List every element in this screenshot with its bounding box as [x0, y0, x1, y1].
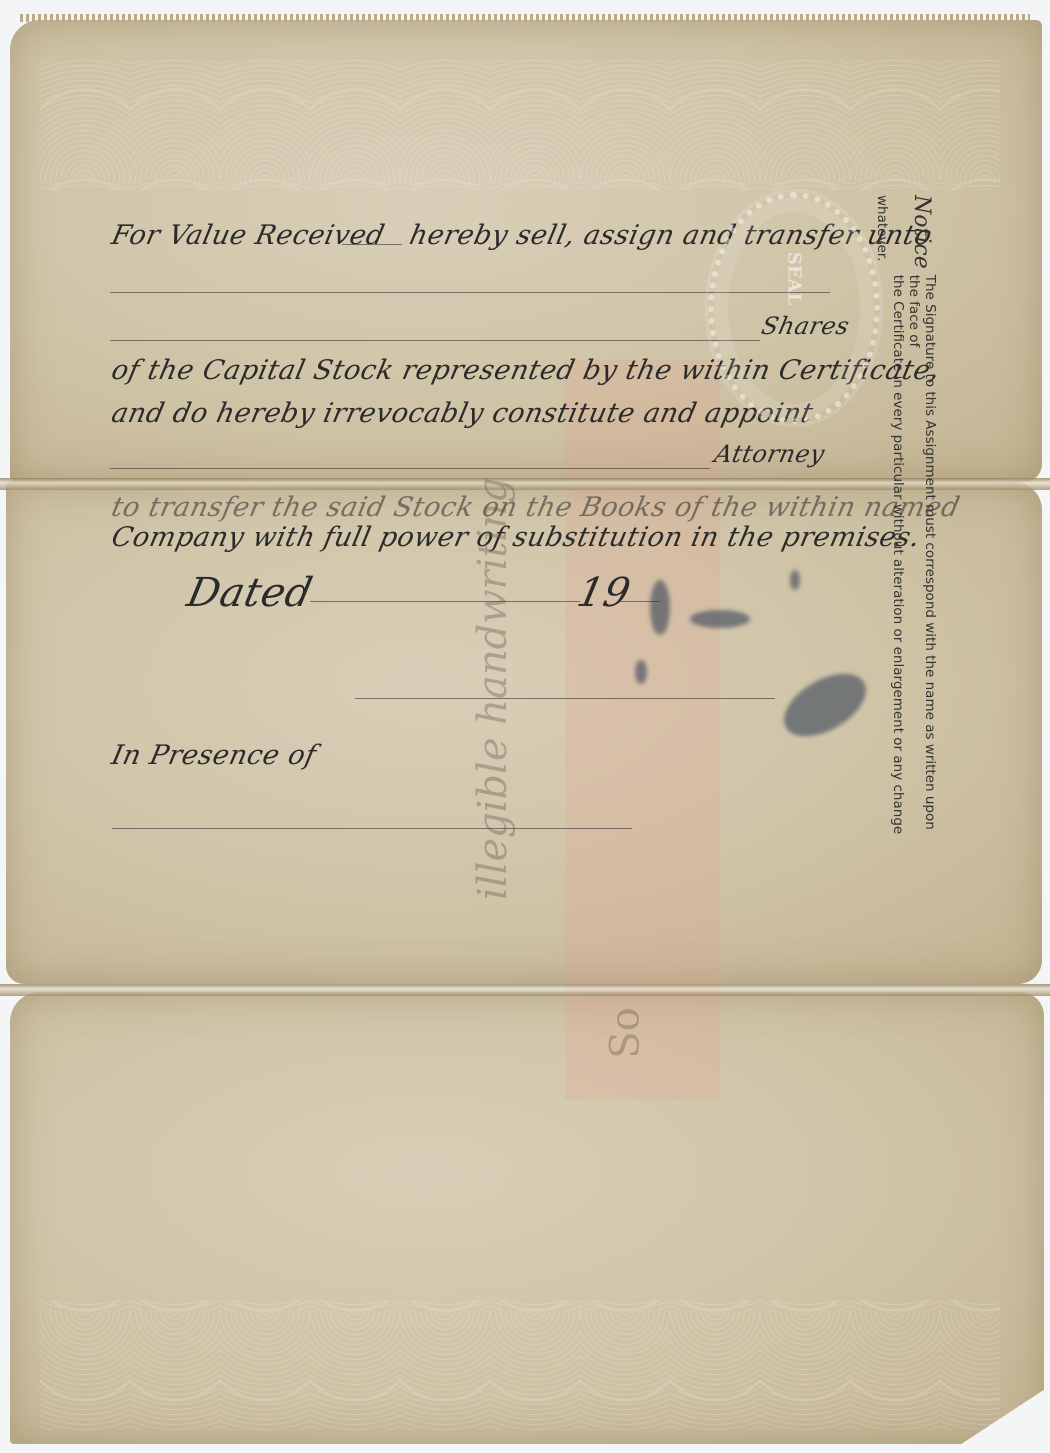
date-line[interactable] [310, 601, 580, 602]
notice-line-1: The Signature to this Assignment must co… [906, 195, 938, 835]
in-presence-of-label: In Presence of [109, 740, 319, 771]
attorney-line[interactable] [110, 468, 710, 469]
transfer-books-text: to transfer the said Stock on the Books … [109, 492, 963, 523]
ink-stain [790, 570, 800, 590]
guilloche-border-top [40, 60, 1000, 190]
ink-stain [690, 610, 750, 628]
ink-stain [635, 660, 647, 684]
notice-line-2: the Certificate in every particular with… [874, 195, 906, 835]
perforated-edge [20, 14, 1030, 22]
signature-line[interactable] [355, 698, 775, 699]
stamp-mark: So [603, 1007, 649, 1058]
embossed-seal: SEAL [708, 192, 880, 424]
for-value-received-label: For Value Received [109, 220, 388, 251]
year-prefix: 19 [573, 570, 635, 616]
assignor-blank[interactable] [342, 244, 402, 245]
constitute-appoint-text: and do hereby irrevocably constitute and… [109, 398, 816, 429]
witness-line[interactable] [112, 828, 632, 829]
seal-text: SEAL [784, 239, 805, 319]
guilloche-border-bottom [40, 1300, 1000, 1430]
dated-label: Dated [183, 570, 317, 616]
shares-count-line[interactable] [110, 340, 760, 341]
fold-crease-lower [0, 984, 1050, 996]
attorney-label: Attorney [712, 440, 827, 468]
notice-title: Notice [904, 195, 938, 269]
notice-block: Notice The Signature to this Assignment … [888, 195, 938, 835]
ink-stain [650, 580, 670, 635]
pencil-annotation: illegible handwriting [470, 477, 516, 900]
